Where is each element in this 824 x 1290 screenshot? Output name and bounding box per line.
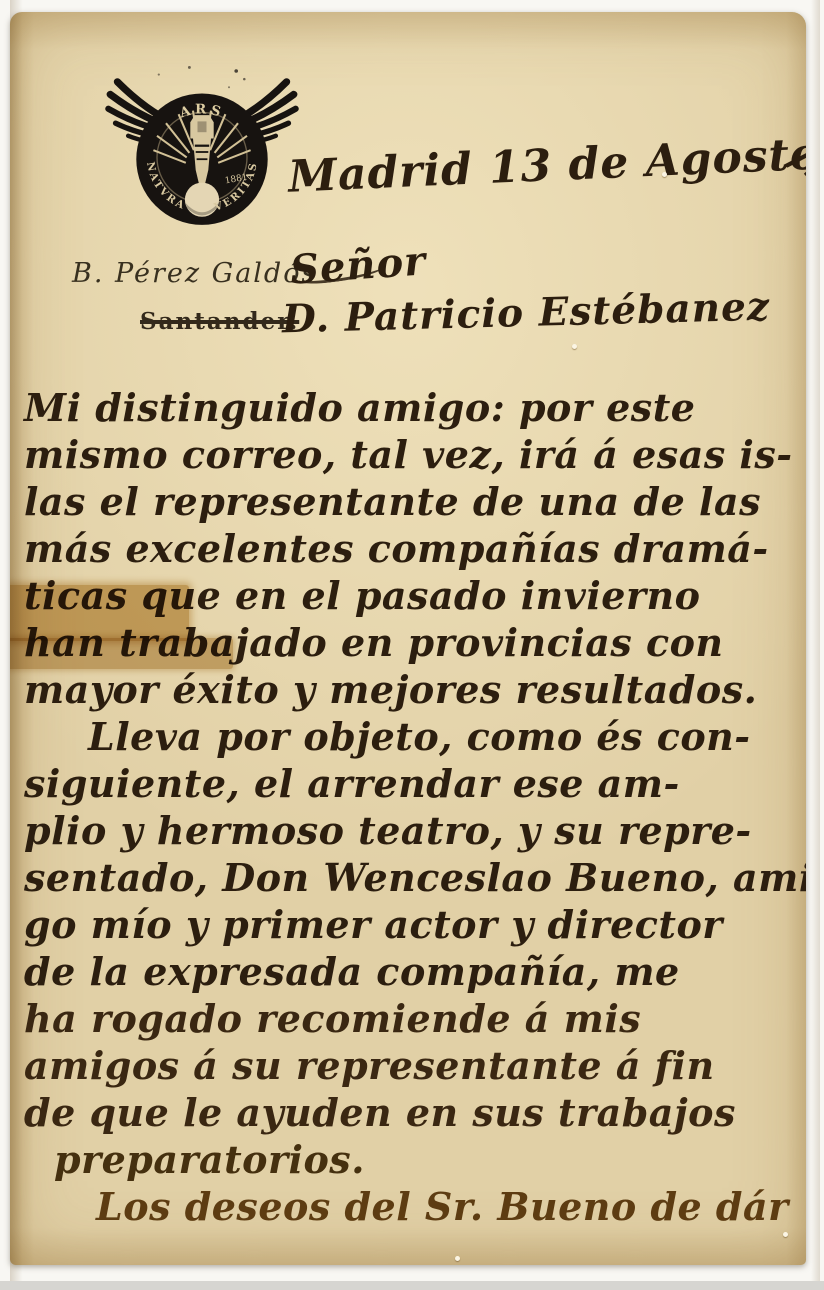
letter-line: Los deseos del Sr. Bueno de dár: [24, 1183, 806, 1230]
letterhead-emblem: ARS NATVRA VERITAS 1881: [103, 62, 301, 251]
pinhole: [662, 172, 667, 177]
letter-line: mismo correo, tal vez, irá á esas is-: [24, 431, 806, 478]
tape-stain: [10, 585, 189, 641]
letter-line: siguiente, el arrendar ese am-: [24, 760, 806, 807]
scan-edge: [0, 1281, 824, 1290]
letterhead-printed-name: B. Pérez Galdós: [72, 258, 317, 289]
recipient-salutation: Señor: [289, 237, 428, 293]
letter-line: Mi distinguido amigo: por este: [24, 384, 806, 431]
pinhole: [783, 1232, 788, 1237]
globe-icon: [185, 183, 219, 217]
letter-line: plio y hermoso teatro, y su repre-: [24, 807, 806, 854]
letter-line: go mío y primer actor y director: [24, 901, 806, 948]
letter-line: amigos á su representante á fin: [24, 1042, 806, 1089]
letter-line: sentado, Don Wenceslao Bueno, ami-: [24, 854, 806, 901]
dateline: Madrid 13 de Agosto/96.: [287, 124, 806, 202]
pinhole: [455, 1256, 460, 1261]
letter-paper: ARS NATVRA VERITAS 1881 B. Pérez Galdós …: [10, 12, 806, 1265]
letter-line: de que le ayuden en sus trabajos: [24, 1089, 806, 1136]
letter-line: mayor éxito y mejores resultados.: [24, 666, 806, 713]
letter-line: de la expresada compañía, me: [24, 948, 806, 995]
letter-line: Lleva por objeto, como és con-: [24, 713, 806, 760]
letter-line: las el representante de una de las: [24, 478, 806, 525]
dateline-place-date: Madrid 13 de Agosto: [287, 129, 806, 203]
ink-speckles: [158, 66, 246, 88]
paper-crease: [10, 0, 24, 1290]
letterhead-place-struck-out: Santander.: [140, 308, 299, 335]
tape-stain: [10, 638, 233, 669]
letter-body: Mi distinguido amigo: por este mismo cor…: [24, 384, 806, 1230]
paper-crease: [810, 0, 820, 1290]
recipient-name: D. Patricio Estébanez: [281, 284, 770, 343]
letter-line: preparatorios.: [24, 1136, 806, 1183]
letter-line: ha rogado recomiende á mis: [24, 995, 806, 1042]
pinhole: [572, 344, 577, 349]
letter-line: más excelentes compañías dramá-: [24, 525, 806, 572]
scanned-letter: ARS NATVRA VERITAS 1881 B. Pérez Galdós …: [0, 0, 824, 1290]
